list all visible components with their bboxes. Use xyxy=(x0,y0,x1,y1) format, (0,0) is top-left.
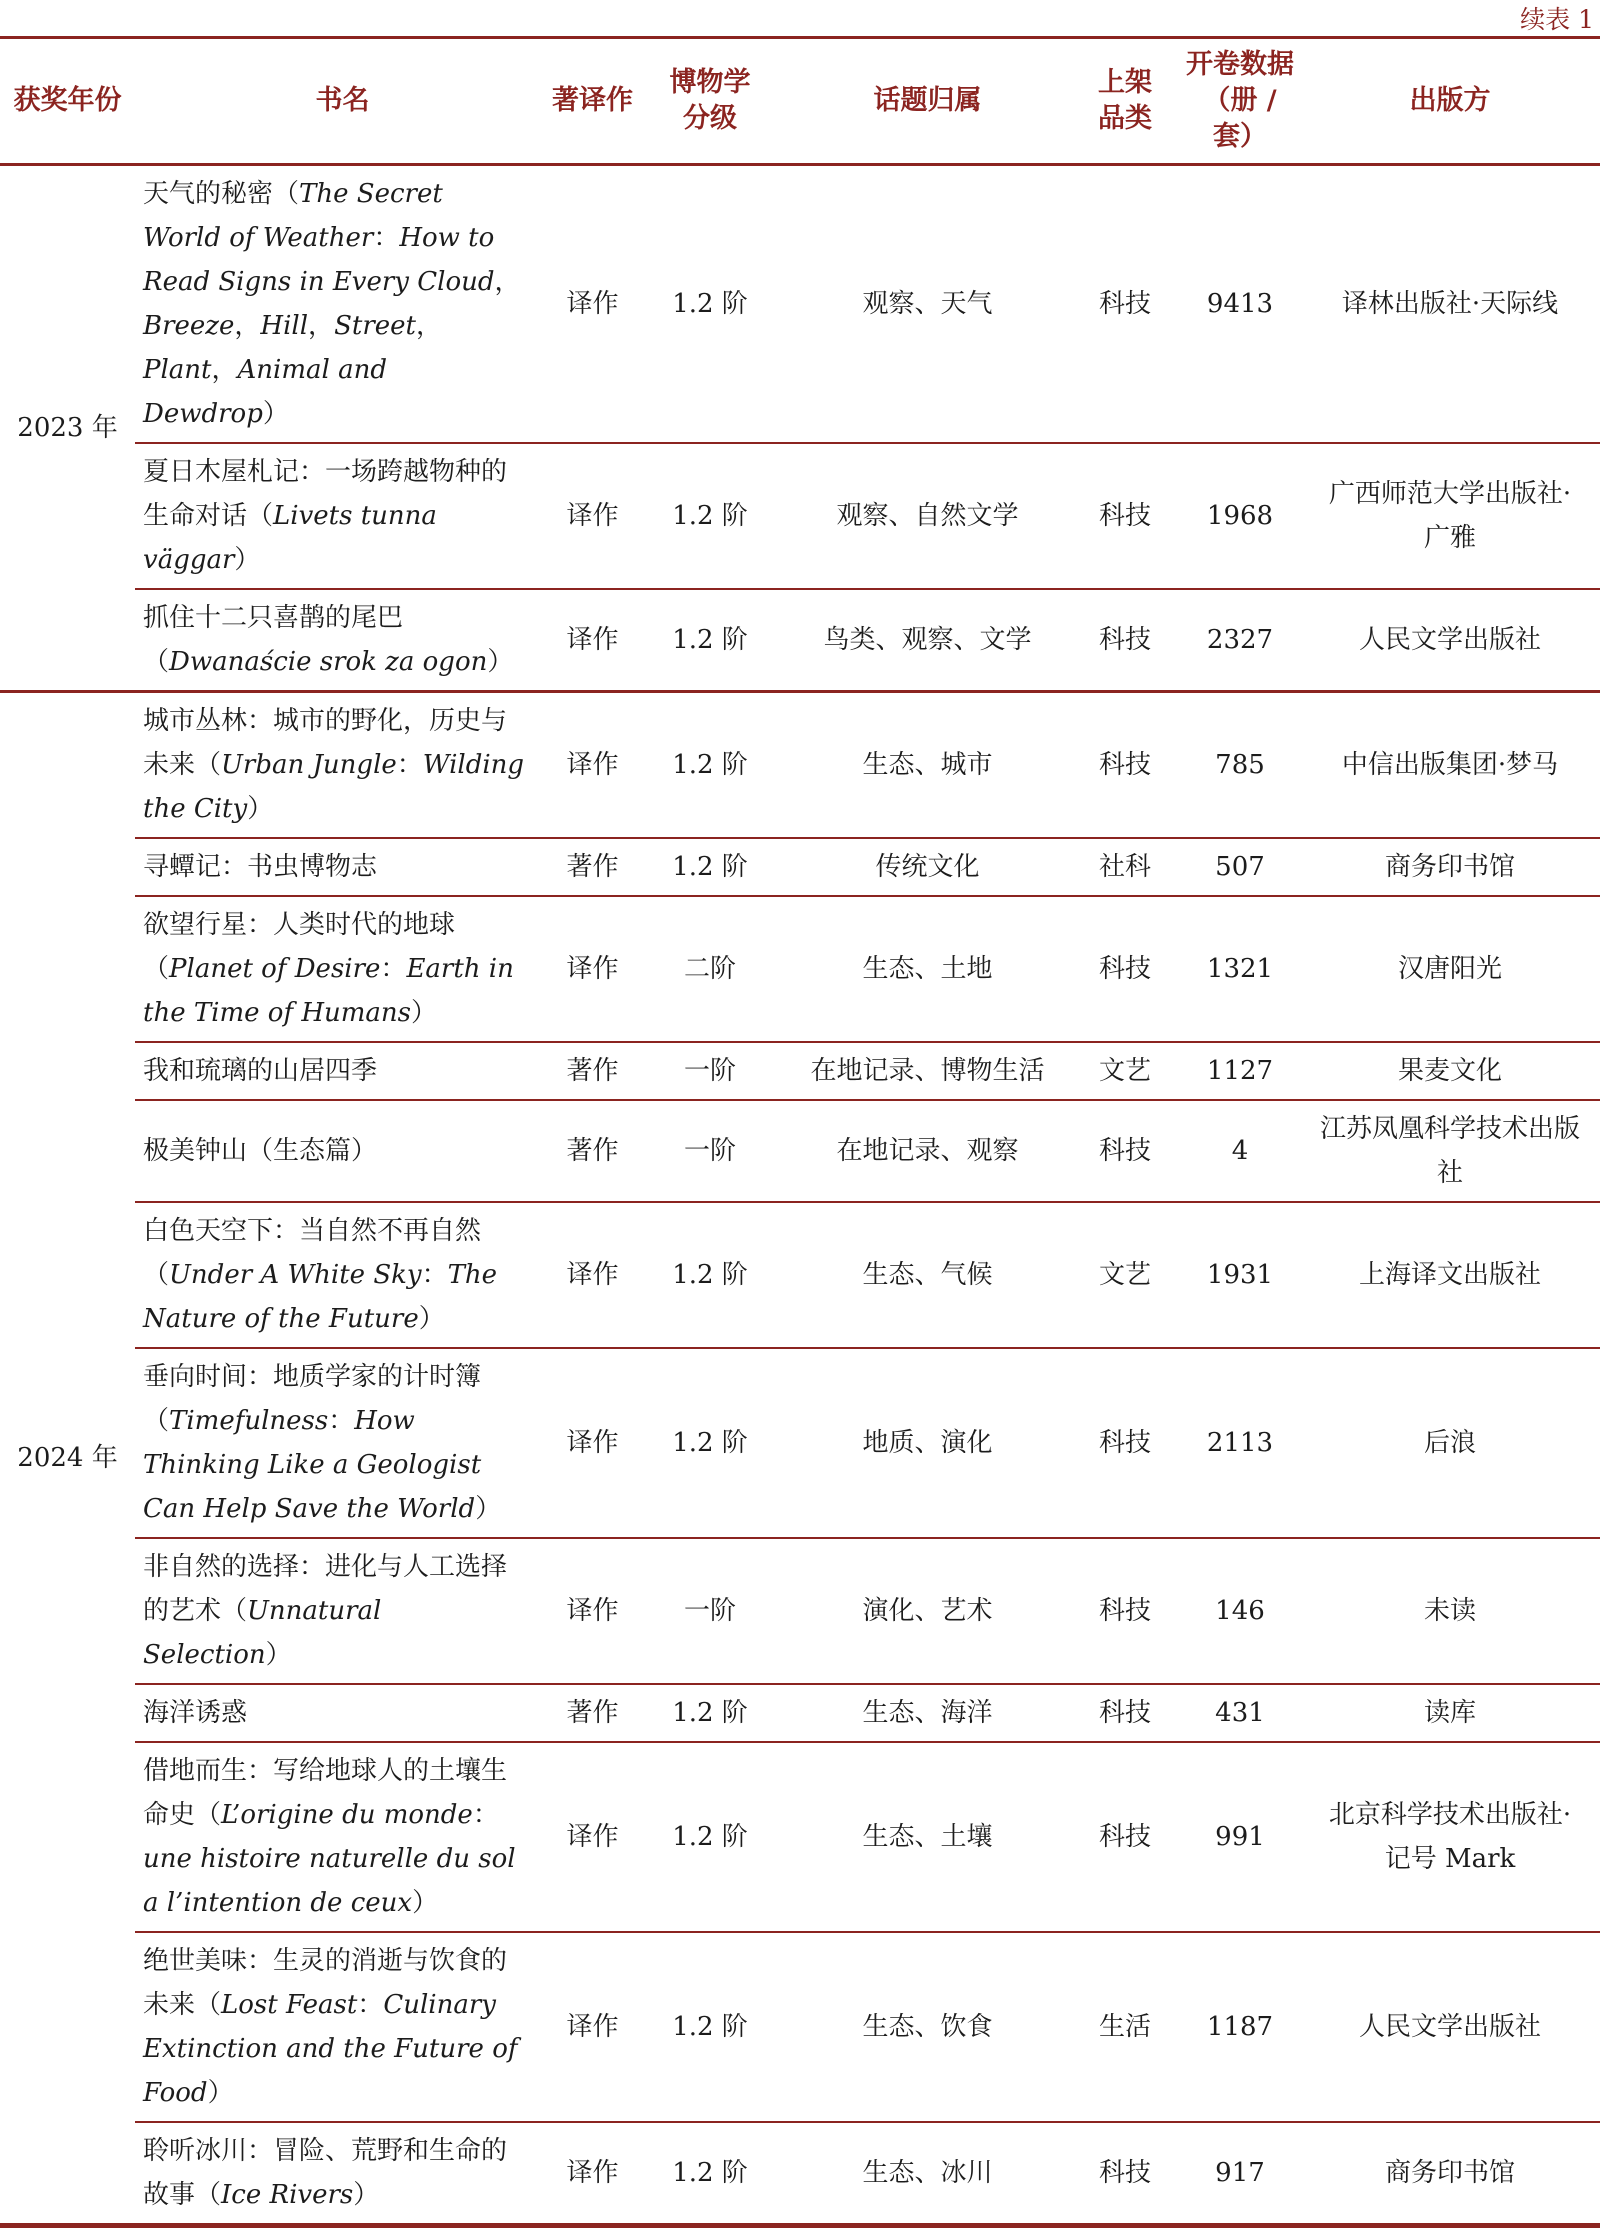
header-openbook-copies: 开卷数据 （册 / 套） xyxy=(1180,37,1300,164)
book-title-cell: 天气的秘密（The Secret World of Weather：How to… xyxy=(135,164,550,443)
authored-translated-cell: 著作 xyxy=(550,1684,635,1742)
authored-translated-cell: 译作 xyxy=(550,1202,635,1348)
publisher-cell: 果麦文化 xyxy=(1300,1042,1600,1100)
topic-cell: 演化、艺术 xyxy=(785,1538,1070,1684)
table-row: 借地而生：写给地球人的土壤生命史（L’origine du monde：une … xyxy=(0,1742,1600,1932)
level-cell: 1.2 阶 xyxy=(635,164,785,443)
award-books-table: 获奖年份 书名 著译作 博物学 分级 话题归属 上架 品类 开卷数据 （册 / … xyxy=(0,36,1600,2228)
publisher-cell: 江苏凤凰科学技术出版社 xyxy=(1300,1100,1600,1202)
topic-cell: 观察、自然文学 xyxy=(785,443,1070,589)
copies-cell: 991 xyxy=(1180,1742,1300,1932)
shelf-category-cell: 文艺 xyxy=(1070,1202,1180,1348)
level-cell: 1.2 阶 xyxy=(635,589,785,692)
level-cell: 1.2 阶 xyxy=(635,443,785,589)
level-cell: 二阶 xyxy=(635,896,785,1042)
header-shelf-category: 上架 品类 xyxy=(1070,37,1180,164)
authored-translated-cell: 译作 xyxy=(550,1538,635,1684)
level-cell: 一阶 xyxy=(635,1042,785,1100)
level-cell: 1.2 阶 xyxy=(635,691,785,838)
table-row: 2024 年城市丛林：城市的野化，历史与未来（Urban Jungle：Wild… xyxy=(0,691,1600,838)
level-cell: 1.2 阶 xyxy=(635,1932,785,2122)
header-book-title: 书名 xyxy=(135,37,550,164)
topic-cell: 传统文化 xyxy=(785,838,1070,896)
book-title-cell: 寻蟫记：书虫博物志 xyxy=(135,838,550,896)
level-cell: 1.2 阶 xyxy=(635,1202,785,1348)
topic-cell: 观察、天气 xyxy=(785,164,1070,443)
copies-cell: 1187 xyxy=(1180,1932,1300,2122)
authored-translated-cell: 译作 xyxy=(550,1348,635,1538)
copies-cell: 785 xyxy=(1180,691,1300,838)
header-publisher: 出版方 xyxy=(1300,37,1600,164)
copies-cell: 146 xyxy=(1180,1538,1300,1684)
topic-cell: 生态、城市 xyxy=(785,691,1070,838)
publisher-cell: 北京科学技术出版社·记号 Mark xyxy=(1300,1742,1600,1932)
copies-cell: 917 xyxy=(1180,2122,1300,2226)
shelf-category-cell: 科技 xyxy=(1070,443,1180,589)
book-title-cell: 非自然的选择：进化与人工选择的艺术（Unnatural Selection） xyxy=(135,1538,550,1684)
authored-translated-cell: 译作 xyxy=(550,164,635,443)
copies-cell: 1321 xyxy=(1180,896,1300,1042)
publisher-cell: 读库 xyxy=(1300,1684,1600,1742)
book-title-cell: 聆听冰川：冒险、荒野和生命的故事（Ice Rivers） xyxy=(135,2122,550,2226)
table-header-row: 获奖年份 书名 著译作 博物学 分级 话题归属 上架 品类 开卷数据 （册 / … xyxy=(0,37,1600,164)
table-row: 绝世美味：生灵的消逝与饮食的未来（Lost Feast：Culinary Ext… xyxy=(0,1932,1600,2122)
copies-cell: 507 xyxy=(1180,838,1300,896)
shelf-category-cell: 科技 xyxy=(1070,1100,1180,1202)
level-cell: 1.2 阶 xyxy=(635,2122,785,2226)
table-row: 白色天空下：当自然不再自然（Under A White Sky：The Natu… xyxy=(0,1202,1600,1348)
authored-translated-cell: 译作 xyxy=(550,443,635,589)
shelf-category-cell: 科技 xyxy=(1070,2122,1180,2226)
topic-cell: 地质、演化 xyxy=(785,1348,1070,1538)
publisher-cell: 商务印书馆 xyxy=(1300,838,1600,896)
authored-translated-cell: 译作 xyxy=(550,896,635,1042)
publisher-cell: 译林出版社·天际线 xyxy=(1300,164,1600,443)
copies-cell: 431 xyxy=(1180,1684,1300,1742)
copies-cell: 9413 xyxy=(1180,164,1300,443)
shelf-category-cell: 科技 xyxy=(1070,1684,1180,1742)
table-row: 2023 年天气的秘密（The Secret World of Weather：… xyxy=(0,164,1600,443)
book-title-cell: 绝世美味：生灵的消逝与饮食的未来（Lost Feast：Culinary Ext… xyxy=(135,1932,550,2122)
table-row: 欲望行星：人类时代的地球（Planet of Desire：Earth in t… xyxy=(0,896,1600,1042)
header-topic: 话题归属 xyxy=(785,37,1070,164)
book-title-cell: 白色天空下：当自然不再自然（Under A White Sky：The Natu… xyxy=(135,1202,550,1348)
table-row: 聆听冰川：冒险、荒野和生命的故事（Ice Rivers）译作1.2 阶生态、冰川… xyxy=(0,2122,1600,2226)
publisher-cell: 广西师范大学出版社·广雅 xyxy=(1300,443,1600,589)
topic-cell: 鸟类、观察、文学 xyxy=(785,589,1070,692)
table-body: 2023 年天气的秘密（The Secret World of Weather：… xyxy=(0,164,1600,2225)
copies-cell: 1931 xyxy=(1180,1202,1300,1348)
copies-cell: 1127 xyxy=(1180,1042,1300,1100)
shelf-category-cell: 科技 xyxy=(1070,691,1180,838)
authored-translated-cell: 译作 xyxy=(550,1742,635,1932)
authored-translated-cell: 著作 xyxy=(550,838,635,896)
header-natural-history-level: 博物学 分级 xyxy=(635,37,785,164)
table-row: 抓住十二只喜鹊的尾巴（Dwanaście srok za ogon）译作1.2 … xyxy=(0,589,1600,692)
book-title-cell: 借地而生：写给地球人的土壤生命史（L’origine du monde：une … xyxy=(135,1742,550,1932)
book-title-cell: 夏日木屋札记：一场跨越物种的生命对话（Livets tunna väggar） xyxy=(135,443,550,589)
topic-cell: 生态、海洋 xyxy=(785,1684,1070,1742)
table-row: 我和琉璃的山居四季著作一阶在地记录、博物生活文艺1127果麦文化 xyxy=(0,1042,1600,1100)
level-cell: 1.2 阶 xyxy=(635,838,785,896)
header-award-year: 获奖年份 xyxy=(0,37,135,164)
topic-cell: 生态、冰川 xyxy=(785,2122,1070,2226)
authored-translated-cell: 著作 xyxy=(550,1042,635,1100)
level-cell: 1.2 阶 xyxy=(635,1348,785,1538)
table-row: 极美钟山（生态篇）著作一阶在地记录、观察科技4江苏凤凰科学技术出版社 xyxy=(0,1100,1600,1202)
table-row: 海洋诱惑著作1.2 阶生态、海洋科技431读库 xyxy=(0,1684,1600,1742)
shelf-category-cell: 文艺 xyxy=(1070,1042,1180,1100)
book-title-cell: 海洋诱惑 xyxy=(135,1684,550,1742)
publisher-cell: 后浪 xyxy=(1300,1348,1600,1538)
copies-cell: 4 xyxy=(1180,1100,1300,1202)
book-title-cell: 欲望行星：人类时代的地球（Planet of Desire：Earth in t… xyxy=(135,896,550,1042)
table-row: 非自然的选择：进化与人工选择的艺术（Unnatural Selection）译作… xyxy=(0,1538,1600,1684)
copies-cell: 1968 xyxy=(1180,443,1300,589)
authored-translated-cell: 著作 xyxy=(550,1100,635,1202)
topic-cell: 在地记录、博物生活 xyxy=(785,1042,1070,1100)
header-authored-translated: 著译作 xyxy=(550,37,635,164)
level-cell: 一阶 xyxy=(635,1538,785,1684)
copies-cell: 2327 xyxy=(1180,589,1300,692)
publisher-cell: 人民文学出版社 xyxy=(1300,589,1600,692)
table-row: 垂向时间：地质学家的计时簿（Timefulness：How Thinking L… xyxy=(0,1348,1600,1538)
topic-cell: 生态、土壤 xyxy=(785,1742,1070,1932)
authored-translated-cell: 译作 xyxy=(550,589,635,692)
book-title-cell: 城市丛林：城市的野化，历史与未来（Urban Jungle：Wilding th… xyxy=(135,691,550,838)
document-page: 续表 1 获奖年份 书名 著译作 博物学 分级 话题归属 上架 品类 开卷数据 … xyxy=(0,0,1600,2228)
table-row: 夏日木屋札记：一场跨越物种的生命对话（Livets tunna väggar）译… xyxy=(0,443,1600,589)
book-title-cell: 我和琉璃的山居四季 xyxy=(135,1042,550,1100)
publisher-cell: 人民文学出版社 xyxy=(1300,1932,1600,2122)
topic-cell: 生态、土地 xyxy=(785,896,1070,1042)
authored-translated-cell: 译作 xyxy=(550,691,635,838)
authored-translated-cell: 译作 xyxy=(550,2122,635,2226)
award-year-cell: 2023 年 xyxy=(0,164,135,691)
shelf-category-cell: 科技 xyxy=(1070,1742,1180,1932)
authored-translated-cell: 译作 xyxy=(550,1932,635,2122)
topic-cell: 生态、气候 xyxy=(785,1202,1070,1348)
shelf-category-cell: 生活 xyxy=(1070,1932,1180,2122)
shelf-category-cell: 科技 xyxy=(1070,589,1180,692)
book-title-cell: 垂向时间：地质学家的计时簿（Timefulness：How Thinking L… xyxy=(135,1348,550,1538)
copies-cell: 2113 xyxy=(1180,1348,1300,1538)
award-year-cell: 2024 年 xyxy=(0,691,135,2225)
table-row: 寻蟫记：书虫博物志著作1.2 阶传统文化社科507商务印书馆 xyxy=(0,838,1600,896)
shelf-category-cell: 科技 xyxy=(1070,896,1180,1042)
publisher-cell: 商务印书馆 xyxy=(1300,2122,1600,2226)
publisher-cell: 上海译文出版社 xyxy=(1300,1202,1600,1348)
shelf-category-cell: 科技 xyxy=(1070,1348,1180,1538)
book-title-cell: 抓住十二只喜鹊的尾巴（Dwanaście srok za ogon） xyxy=(135,589,550,692)
level-cell: 1.2 阶 xyxy=(635,1742,785,1932)
shelf-category-cell: 社科 xyxy=(1070,838,1180,896)
publisher-cell: 中信出版集团·梦马 xyxy=(1300,691,1600,838)
table-continuation-label: 续表 1 xyxy=(0,0,1600,36)
topic-cell: 在地记录、观察 xyxy=(785,1100,1070,1202)
book-title-cell: 极美钟山（生态篇） xyxy=(135,1100,550,1202)
topic-cell: 生态、饮食 xyxy=(785,1932,1070,2122)
publisher-cell: 未读 xyxy=(1300,1538,1600,1684)
publisher-cell: 汉唐阳光 xyxy=(1300,896,1600,1042)
shelf-category-cell: 科技 xyxy=(1070,164,1180,443)
shelf-category-cell: 科技 xyxy=(1070,1538,1180,1684)
level-cell: 一阶 xyxy=(635,1100,785,1202)
level-cell: 1.2 阶 xyxy=(635,1684,785,1742)
